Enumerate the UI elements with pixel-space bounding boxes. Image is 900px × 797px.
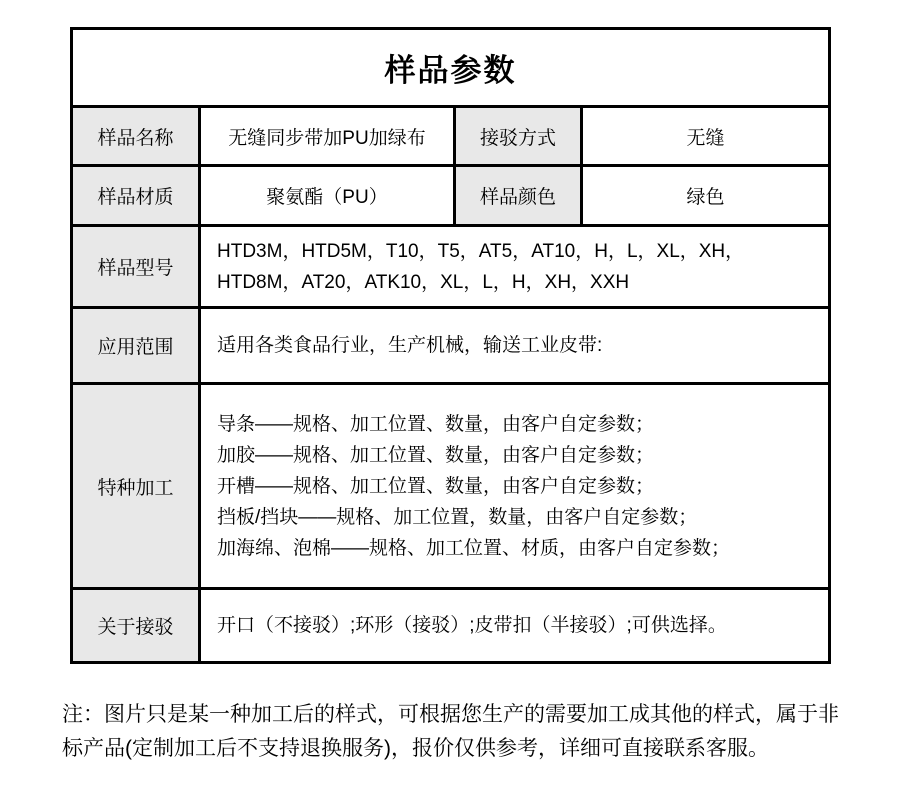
row-about-joint: 关于接驳 开口（不接驳）;环形（接驳）;皮带扣（半接驳）;可供选择。 <box>72 589 830 663</box>
label-sample-material: 样品材质 <box>72 166 200 226</box>
label-joint-method: 接驳方式 <box>455 107 582 166</box>
table-title: 样品参数 <box>72 29 830 107</box>
value-sample-color: 绿色 <box>582 166 830 226</box>
value-special-processing: 导条——规格、加工位置、数量，由客户自定参数； 加胶——规格、加工位置、数量，由… <box>200 384 830 589</box>
label-special-processing: 特种加工 <box>72 384 200 589</box>
value-application-range: 适用各类食品行业，生产机械，输送工业皮带: <box>200 308 830 384</box>
sample-parameters-table: 样品参数 样品名称 无缝同步带加PU加绿布 接驳方式 无缝 样品材质 聚氨酯（P… <box>70 27 831 664</box>
footnote-text: 注：图片只是某一种加工后的样式，可根据您生产的需要加工成其他的样式，属于非 标产… <box>62 698 852 766</box>
label-application-range: 应用范围 <box>72 308 200 384</box>
row-special-processing: 特种加工 导条——规格、加工位置、数量，由客户自定参数； 加胶——规格、加工位置… <box>72 384 830 589</box>
value-sample-name: 无缝同步带加PU加绿布 <box>200 107 455 166</box>
row-sample-model: 样品型号 HTD3M，HTD5M，T10，T5，AT5，AT10，H，L，XL，… <box>72 226 830 308</box>
row-sample-name: 样品名称 无缝同步带加PU加绿布 接驳方式 无缝 <box>72 107 830 166</box>
value-about-joint: 开口（不接驳）;环形（接驳）;皮带扣（半接驳）;可供选择。 <box>200 589 830 663</box>
label-sample-model: 样品型号 <box>72 226 200 308</box>
title-row: 样品参数 <box>72 29 830 107</box>
row-sample-material: 样品材质 聚氨酯（PU） 样品颜色 绿色 <box>72 166 830 226</box>
label-sample-color: 样品颜色 <box>455 166 582 226</box>
value-joint-method: 无缝 <box>582 107 830 166</box>
value-sample-material: 聚氨酯（PU） <box>200 166 455 226</box>
row-application-range: 应用范围 适用各类食品行业，生产机械，输送工业皮带: <box>72 308 830 384</box>
label-about-joint: 关于接驳 <box>72 589 200 663</box>
label-sample-name: 样品名称 <box>72 107 200 166</box>
value-sample-model: HTD3M，HTD5M，T10，T5，AT5，AT10，H，L，XL，XH， H… <box>200 226 830 308</box>
